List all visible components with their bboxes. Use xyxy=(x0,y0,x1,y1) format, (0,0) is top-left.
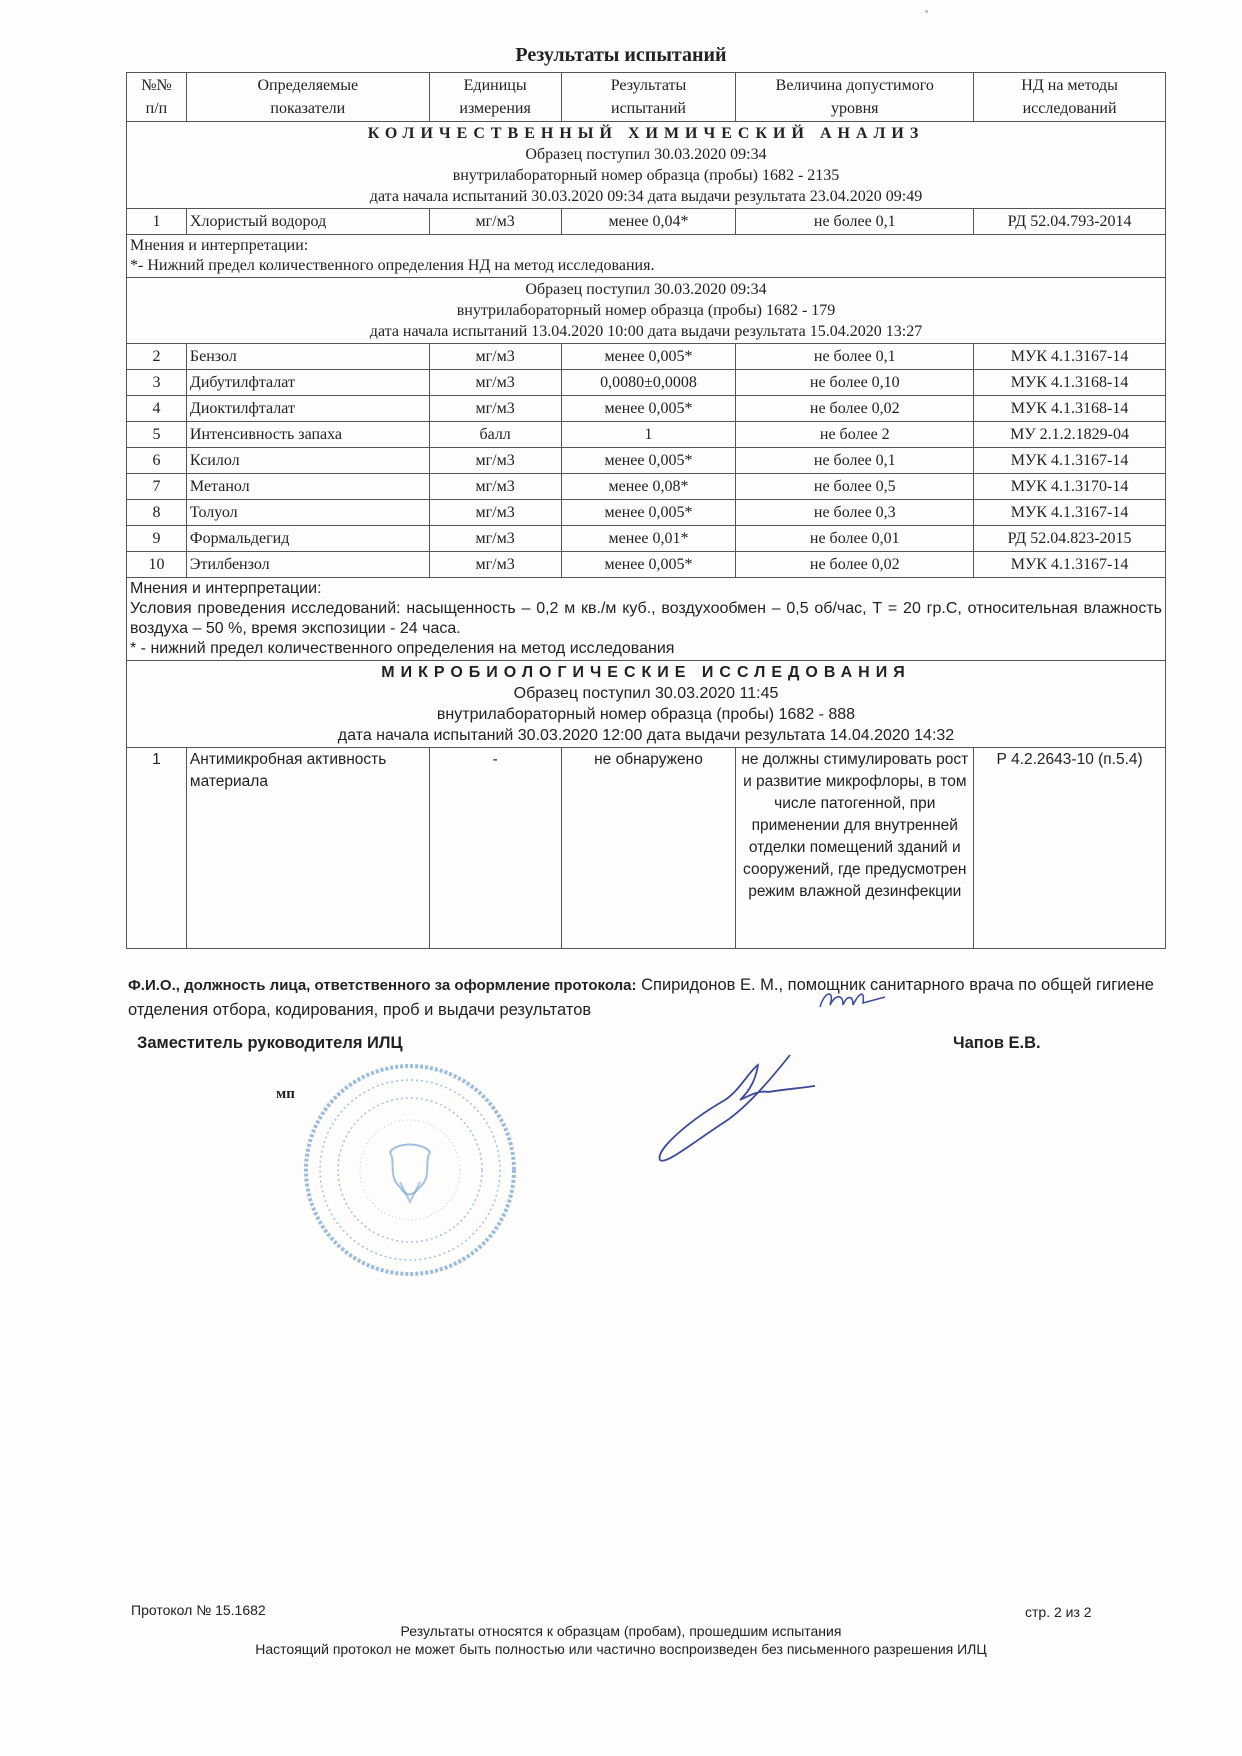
header-label: испытаний xyxy=(611,100,686,117)
table-cell: 0,0080±0,0008 xyxy=(561,370,736,396)
table-cell: не обнаружено xyxy=(561,748,736,949)
table-cell: МУ 2.1.2.1829-04 xyxy=(974,422,1166,448)
table-cell: менее 0,08* xyxy=(561,474,736,500)
table-cell: менее 0,01* xyxy=(561,526,736,552)
table-row: 2Бензолмг/м3менее 0,005*не более 0,1МУК … xyxy=(127,344,1166,370)
page-number: стр. 2 из 2 xyxy=(1025,1604,1092,1620)
sample-received: Образец поступил 30.03.2020 09:34 xyxy=(130,279,1162,300)
col-header-unit: Единицыизмерения xyxy=(429,73,561,122)
table-row: 9Формальдегидмг/м3менее 0,01*не более 0,… xyxy=(127,526,1166,552)
header-label: Определяемые xyxy=(257,77,358,94)
table-cell: МУК 4.1.3167-14 xyxy=(974,344,1166,370)
notes-row: Мнения и интерпретации: Условия проведен… xyxy=(127,578,1166,661)
table-cell: мг/м3 xyxy=(429,526,561,552)
sample-received: Образец поступил 30.03.2020 11:45 xyxy=(130,683,1162,704)
table-cell: Р 4.2.2643-10 (п.5.4) xyxy=(974,748,1166,949)
table-cell: не более 0,1 xyxy=(736,344,974,370)
table-cell: не более 0,02 xyxy=(736,396,974,422)
col-header-result: Результатыиспытаний xyxy=(561,73,736,122)
table-cell: не более 0,1 xyxy=(736,209,974,235)
deputy-name: Чапов Е.В. xyxy=(953,1034,1041,1053)
col-header-limit: Величина допустимогоуровня xyxy=(736,73,974,122)
header-label: Результаты xyxy=(611,77,687,94)
table-cell: Бензол xyxy=(186,344,429,370)
header-label: Величина допустимого xyxy=(776,77,934,94)
sample-lab-number: внутрилабораторный номер образца (пробы)… xyxy=(130,704,1162,725)
table-row: 7Метанолмг/м3менее 0,08*не более 0,5МУК … xyxy=(127,474,1166,500)
section-heading-chemical: КОЛИЧЕСТВЕННЫЙ ХИМИЧЕСКИЙ АНАЛИЗ xyxy=(130,123,1162,144)
sample-dates: дата начала испытаний 13.04.2020 10:00 д… xyxy=(130,321,1162,342)
table-cell: 6 xyxy=(127,448,187,474)
table-cell: 3 xyxy=(127,370,187,396)
table-cell: КОЛИЧЕСТВЕННЫЙ ХИМИЧЕСКИЙ АНАЛИЗ Образец… xyxy=(127,122,1166,209)
table-cell: мг/м3 xyxy=(429,448,561,474)
table-cell: мг/м3 xyxy=(429,500,561,526)
notes-title: Мнения и интерпретации: xyxy=(130,579,1162,599)
notes-title: Мнения и интерпретации: xyxy=(130,236,1162,256)
table-cell: мг/м3 xyxy=(429,396,561,422)
header-label: исследований xyxy=(1023,100,1117,117)
col-header-indicator: Определяемыепоказатели xyxy=(186,73,429,122)
table-cell: Диоктилфталат xyxy=(186,396,429,422)
table-cell: Хлористый водород xyxy=(186,209,429,235)
table-cell: МУК 4.1.3168-14 xyxy=(974,396,1166,422)
table-cell: мг/м3 xyxy=(429,474,561,500)
table-cell: 4 xyxy=(127,396,187,422)
table-cell: 2 xyxy=(127,344,187,370)
table-cell: МУК 4.1.3167-14 xyxy=(974,448,1166,474)
table-cell: мг/м3 xyxy=(429,370,561,396)
table-cell: МУК 4.1.3170-14 xyxy=(974,474,1166,500)
table-cell: МИКРОБИОЛОГИЧЕСКИЕ ИССЛЕДОВАНИЯ Образец … xyxy=(127,661,1166,748)
header-label: измерения xyxy=(459,100,530,117)
table-cell: мг/м3 xyxy=(429,344,561,370)
table-header-row: №№п/п Определяемыепоказатели Единицыизме… xyxy=(127,73,1166,122)
table-cell: 10 xyxy=(127,552,187,578)
sample-received: Образец поступил 30.03.2020 09:34 xyxy=(130,144,1162,165)
table-cell: - xyxy=(429,748,561,949)
header-label: показатели xyxy=(270,100,345,117)
table-cell: Образец поступил 30.03.2020 09:34 внутри… xyxy=(127,278,1166,344)
table-cell: менее 0,005* xyxy=(561,448,736,474)
sample-b-banner: Образец поступил 30.03.2020 09:34 внутри… xyxy=(127,278,1166,344)
table-cell: 8 xyxy=(127,500,187,526)
header-label: НД на методы xyxy=(1021,77,1118,94)
table-cell: не более 0,10 xyxy=(736,370,974,396)
table-cell: не более 0,1 xyxy=(736,448,974,474)
table-cell: менее 0,005* xyxy=(561,500,736,526)
table-cell: МУК 4.1.3167-14 xyxy=(974,552,1166,578)
page-title: Результаты испытаний xyxy=(0,44,1242,67)
table-cell: менее 0,005* xyxy=(561,552,736,578)
table-cell: Этилбензол xyxy=(186,552,429,578)
protocol-number: Протокол № 15.1682 xyxy=(131,1602,266,1618)
table-cell: 9 xyxy=(127,526,187,552)
table-cell: 5 xyxy=(127,422,187,448)
scan-speck xyxy=(925,10,928,13)
footer-line-1: Результаты относятся к образцам (пробам)… xyxy=(0,1623,1242,1639)
table-cell: Мнения и интерпретации: *- Нижний предел… xyxy=(127,235,1166,278)
table-cell: 1 xyxy=(127,748,187,949)
table-cell: менее 0,005* xyxy=(561,344,736,370)
header-label: Единицы xyxy=(464,77,527,94)
col-header-number: №№п/п xyxy=(127,73,187,122)
table-cell: менее 0,04* xyxy=(561,209,736,235)
signature-icon xyxy=(650,1050,820,1170)
table-cell: РД 52.04.793-2014 xyxy=(974,209,1166,235)
sample-dates: дата начала испытаний 30.03.2020 12:00 д… xyxy=(130,725,1162,746)
section-micro-banner: МИКРОБИОЛОГИЧЕСКИЕ ИССЛЕДОВАНИЯ Образец … xyxy=(127,661,1166,748)
table-row: 10Этилбензолмг/м3менее 0,005*не более 0,… xyxy=(127,552,1166,578)
sample-lab-number: внутрилабораторный номер образца (пробы)… xyxy=(130,300,1162,321)
table-cell: Дибутилфталат xyxy=(186,370,429,396)
header-label: п/п xyxy=(146,100,168,117)
table-row: 3Дибутилфталатмг/м30,0080±0,0008не более… xyxy=(127,370,1166,396)
section-chemical-banner: КОЛИЧЕСТВЕННЫЙ ХИМИЧЕСКИЙ АНАЛИЗ Образец… xyxy=(127,122,1166,209)
footer-line-2: Настоящий протокол не может быть полност… xyxy=(0,1641,1242,1657)
seal-stamp-icon xyxy=(302,1062,518,1278)
table-cell: не должны стимулировать рост и развитие … xyxy=(736,748,974,949)
sample-lab-number: внутрилабораторный номер образца (пробы)… xyxy=(130,165,1162,186)
table-row: 6Ксилолмг/м3менее 0,005*не более 0,1МУК … xyxy=(127,448,1166,474)
notes-text: *- Нижний предел количественного определ… xyxy=(130,256,1162,276)
notes-row: Мнения и интерпретации: *- Нижний предел… xyxy=(127,235,1166,278)
table-cell: Интенсивность запаха xyxy=(186,422,429,448)
sample-dates: дата начала испытаний 30.03.2020 09:34 д… xyxy=(130,186,1162,207)
table-cell: Антимикробная активность материала xyxy=(186,748,429,949)
table-cell: Ксилол xyxy=(186,448,429,474)
table-cell: МУК 4.1.3167-14 xyxy=(974,500,1166,526)
table-cell: мг/м3 xyxy=(429,552,561,578)
section-heading-micro: МИКРОБИОЛОГИЧЕСКИЕ ИССЛЕДОВАНИЯ xyxy=(130,662,1162,683)
table-row: 1 Антимикробная активность материала - н… xyxy=(127,748,1166,949)
table-cell: Мнения и интерпретации: Условия проведен… xyxy=(127,578,1166,661)
table-cell: не более 0,01 xyxy=(736,526,974,552)
conditions-text: Условия проведения исследований: насыщен… xyxy=(130,599,1162,639)
table-row: 1 Хлористый водород мг/м3 менее 0,04* не… xyxy=(127,209,1166,235)
stamp-label: мп xyxy=(276,1086,295,1103)
table-cell: РД 52.04.823-2015 xyxy=(974,526,1166,552)
table-cell: мг/м3 xyxy=(429,209,561,235)
results-table: №№п/п Определяемыепоказатели Единицыизме… xyxy=(126,72,1166,949)
table-cell: МУК 4.1.3168-14 xyxy=(974,370,1166,396)
col-header-method: НД на методыисследований xyxy=(974,73,1166,122)
deputy-title: Заместитель руководителя ИЛЦ xyxy=(137,1034,403,1053)
header-label: уровня xyxy=(831,100,878,117)
notes-text: * - нижний предел количественного опреде… xyxy=(130,639,1162,659)
responsible-label: Ф.И.О., должность лица, ответственного з… xyxy=(128,977,637,994)
table-cell: 1 xyxy=(127,209,187,235)
table-cell: не более 0,5 xyxy=(736,474,974,500)
signature-small-icon xyxy=(815,985,895,1015)
table-cell: 7 xyxy=(127,474,187,500)
table-row: 5Интенсивность запахабалл1не более 2МУ 2… xyxy=(127,422,1166,448)
table-cell: 1 xyxy=(561,422,736,448)
responsible-person: Ф.И.О., должность лица, ответственного з… xyxy=(128,973,1168,1022)
table-cell: Метанол xyxy=(186,474,429,500)
table-cell: Формальдегид xyxy=(186,526,429,552)
table-row: 4Диоктилфталатмг/м3менее 0,005*не более … xyxy=(127,396,1166,422)
table-cell: балл xyxy=(429,422,561,448)
table-cell: не более 0,3 xyxy=(736,500,974,526)
table-cell: Толуол xyxy=(186,500,429,526)
header-label: №№ xyxy=(141,77,172,94)
table-cell: не более 0,02 xyxy=(736,552,974,578)
table-cell: не более 2 xyxy=(736,422,974,448)
table-cell: менее 0,005* xyxy=(561,396,736,422)
table-row: 8Толуолмг/м3менее 0,005*не более 0,3МУК … xyxy=(127,500,1166,526)
